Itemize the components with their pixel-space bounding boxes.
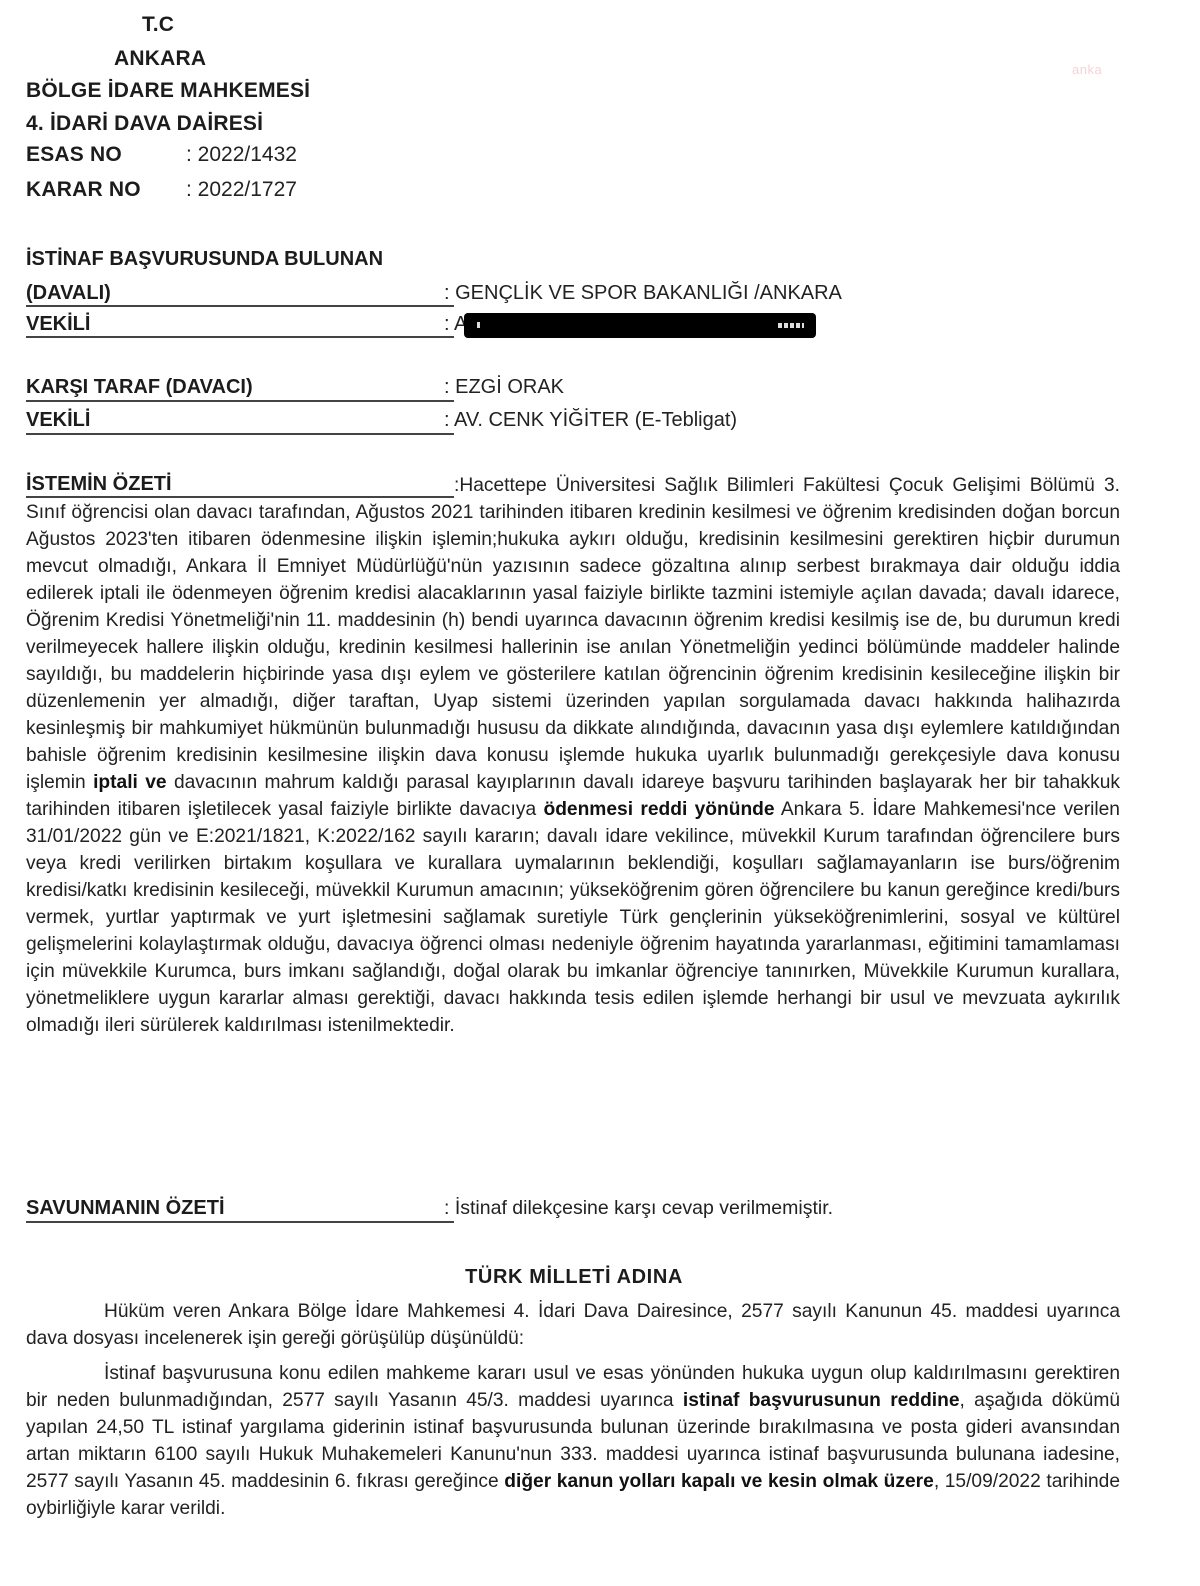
karar-no-value: : 2022/1727 [186,178,297,202]
plaintiff-counsel-label: VEKİLİ [26,409,90,432]
claim-segment: Ankara 5. İdare Mahkemesi'nce verilen 31… [26,799,1120,1036]
header-court: BÖLGE İDARE MAHKEMESİ [26,79,310,103]
defendant-label: (DAVALI) [26,282,111,305]
plaintiff-label: KARŞI TARAF (DAVACI) [26,376,253,399]
court-decision-page: T.C ANKARA BÖLGE İDARE MAHKEMESİ 4. İDAR… [0,0,1200,1586]
redaction-artifact [477,322,480,328]
redaction-artifact [778,323,804,328]
claim-summary-text: :Hacettepe Üniversitesi Sağlık Bilimleri… [26,472,1120,1039]
plaintiff-counsel-value: : AV. CENK YİĞİTER (E-Tebligat) [444,409,737,432]
claim-segment: :Hacettepe Üniversitesi Sağlık Bilimleri… [26,475,1120,793]
verdict-paragraph-1: Hüküm veren Ankara Bölge İdare Mahkemesi… [26,1298,1120,1352]
verdict-paragraph-2: İstinaf başvurusuna konu edilen mahkeme … [26,1360,1120,1522]
header-city: ANKARA [114,47,206,71]
claim-segment: ödenmesi reddi yönünde [543,799,774,820]
defense-summary-value: : İstinaf dilekçesine karşı cevap verilm… [444,1197,833,1220]
header-chamber: 4. İDARİ DAVA DAİRESİ [26,112,263,136]
appellant-heading: İSTİNAF BAŞVURUSUNDA BULUNAN [26,248,383,271]
defense-summary-underline [26,1221,454,1223]
plaintiff-underline [26,400,454,402]
plaintiff-counsel-underline [26,433,454,435]
defendant-counsel-underline [26,336,454,338]
claim-segment: iptali ve [93,772,167,793]
defendant-underline [26,305,454,307]
header-tc: T.C [142,13,174,37]
defense-summary-label: SAVUNMANIN ÖZETİ [26,1197,225,1220]
redaction-bar [464,313,816,338]
esas-no-value: : 2022/1432 [186,143,297,167]
verdict-title: TÜRK MİLLETİ ADINA [0,1266,1148,1289]
defendant-counsel-label: VEKİLİ [26,313,90,336]
verdict-segment: diğer kanun yolları kapalı ve kesin olma… [504,1471,934,1492]
esas-no-label: ESAS NO [26,143,122,167]
plaintiff-value: : EZGİ ORAK [444,376,564,399]
defendant-value: : GENÇLİK VE SPOR BAKANLIĞI /ANKARA [444,282,842,305]
verdict-segment: istinaf başvurusunun reddine [683,1390,960,1411]
watermark: anka [1072,62,1102,77]
karar-no-label: KARAR NO [26,178,141,202]
